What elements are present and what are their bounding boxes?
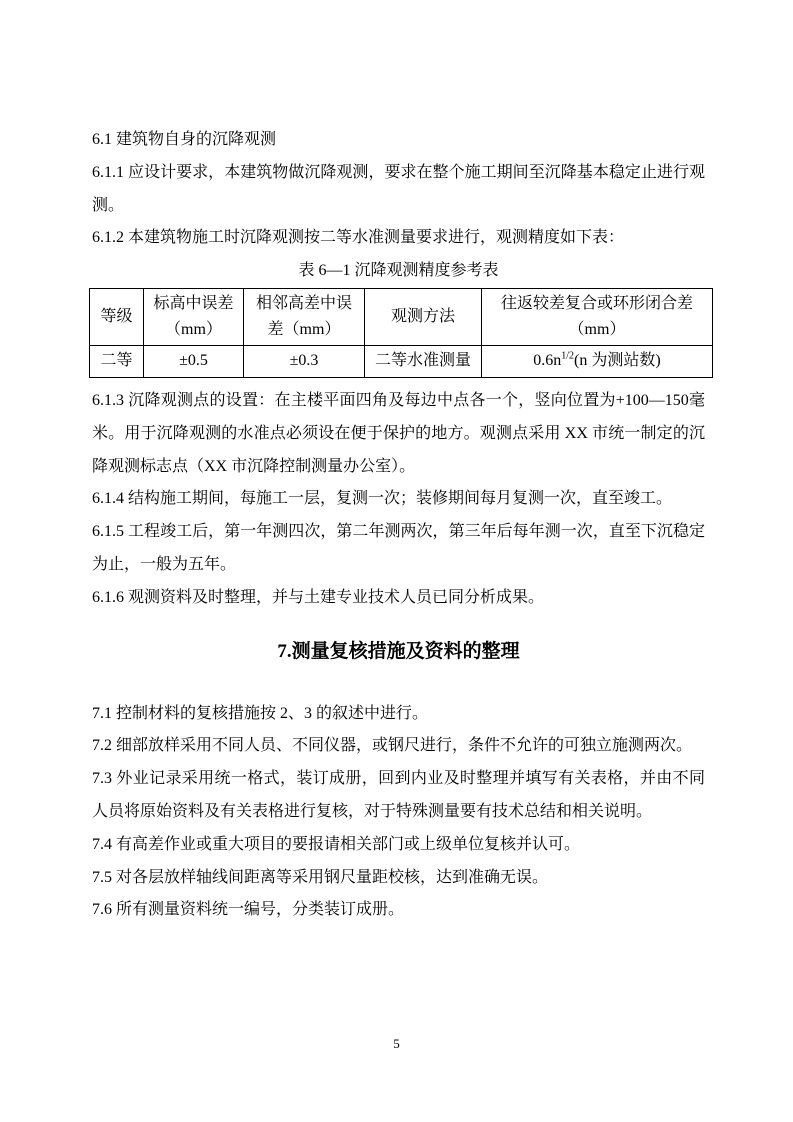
table-header-grade: 等级: [90, 288, 144, 345]
cell-closure-formula: 0.6n1/2(n 为测站数): [482, 345, 713, 377]
para-6-1-2: 6.1.2 本建筑物施工时沉降观测按二等水准测量要求进行，观测精度如下表：: [92, 222, 705, 255]
page-content: 6.1 建筑物自身的沉降观测 6.1.1 应设计要求，本建筑物做沉降观测，要求在…: [92, 124, 705, 927]
para-7-5: 7.5 对各层放样轴线间距离等采用钢尺量距校核，达到准确无误。: [92, 862, 705, 895]
closure-superscript: 1/2: [561, 351, 574, 362]
table-caption: 表 6—1 沉降观测精度参考表: [92, 255, 705, 288]
table-header-elevation-error: 标高中误差 （mm）: [144, 288, 244, 345]
para-6-1-4: 6.1.4 结构施工期间，每施工一层，复测一次；装修期间每月复测一次，直至竣工。: [92, 483, 705, 516]
para-6-1-3: 6.1.3 沉降观测点的设置：在主楼平面四角及每边中点各一个，竖向位置为+100…: [92, 385, 705, 483]
table-header-adjacent-error: 相邻高差中误 差（mm）: [244, 288, 365, 345]
para-7-1: 7.1 控制材料的复核措施按 2、3 的叙述中进行。: [92, 698, 705, 731]
para-7-4: 7.4 有高差作业或重大项目的要报请相关部门或上级单位复核并认可。: [92, 829, 705, 862]
cell-adjacent-error: ±0.3: [244, 345, 365, 377]
document-page: 6.1 建筑物自身的沉降观测 6.1.1 应设计要求，本建筑物做沉降观测，要求在…: [0, 0, 793, 1122]
para-7-2: 7.2 细部放样采用不同人员、不同仪器，或钢尺进行，条件不允许的可独立施测两次。: [92, 730, 705, 763]
page-number: 5: [0, 1036, 793, 1052]
table-header-method: 观测方法: [365, 288, 482, 345]
settlement-precision-table: 等级 标高中误差 （mm） 相邻高差中误 差（mm） 观测方法 往返较差复合或环…: [89, 288, 713, 378]
heading-6-1: 6.1 建筑物自身的沉降观测: [92, 124, 705, 157]
cell-method: 二等水准测量: [365, 345, 482, 377]
table-header-row: 等级 标高中误差 （mm） 相邻高差中误 差（mm） 观测方法 往返较差复合或环…: [90, 288, 713, 345]
para-7-6: 7.6 所有测量资料统一编号，分类装订成册。: [92, 894, 705, 927]
closure-prefix: 0.6n: [533, 352, 561, 369]
cell-grade: 二等: [90, 345, 144, 377]
para-6-1-5: 6.1.5 工程竣工后，第一年测四次，第二年测两次，第三年后每年测一次，直至下沉…: [92, 516, 705, 582]
para-6-1-6: 6.1.6 观测资料及时整理，并与土建专业技术人员已同分析成果。: [92, 582, 705, 615]
para-7-3: 7.3 外业记录采用统一格式，装订成册，回到内业及时整理并填写有关表格，并由不同…: [92, 763, 705, 829]
cell-elevation-error: ±0.5: [144, 345, 244, 377]
table-row: 二等 ±0.5 ±0.3 二等水准测量 0.6n1/2(n 为测站数): [90, 345, 713, 377]
table-header-closure: 往返较差复合或环形闭合差 （mm）: [482, 288, 713, 345]
closure-suffix: (n 为测站数): [574, 352, 661, 369]
heading-section-7: 7.测量复核措施及资料的整理: [92, 635, 705, 668]
para-6-1-1: 6.1.1 应设计要求，本建筑物做沉降观测，要求在整个施工期间至沉降基本稳定止进…: [92, 157, 705, 223]
